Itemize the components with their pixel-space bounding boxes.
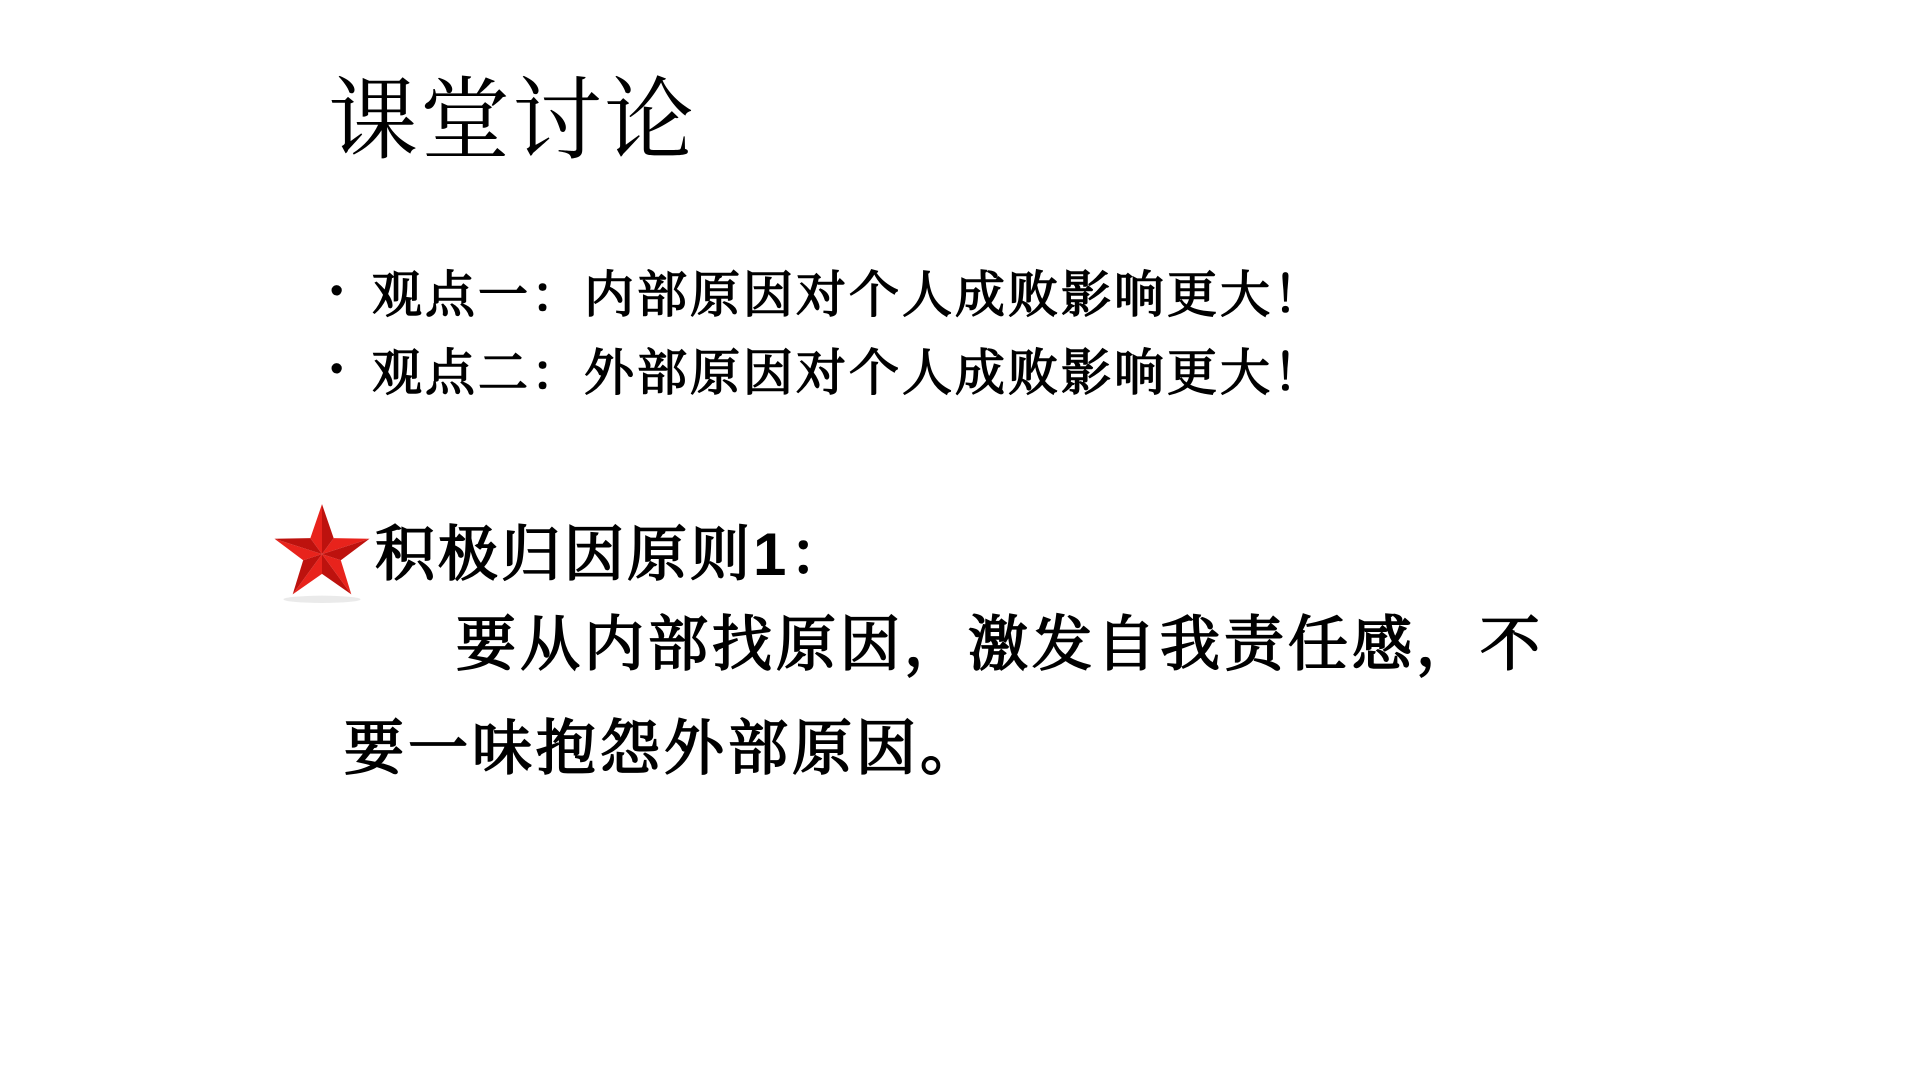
bullet-text-viewpoint-1: 观点一：内部原因对个人成败影响更大！ xyxy=(372,255,1326,327)
bullet-item: • 观点二：外部原因对个人成败影响更大！ xyxy=(330,330,1326,408)
bullet-dot-icon: • xyxy=(330,348,372,391)
red-star-svg xyxy=(270,500,374,604)
bullet-dot-icon: • xyxy=(330,270,372,313)
star-shadow xyxy=(284,596,361,603)
bullet-list: • 观点一：内部原因对个人成败影响更大！ • 观点二：外部原因对个人成败影响更大… xyxy=(330,252,1326,408)
bullet-item: • 观点一：内部原因对个人成败影响更大！ xyxy=(330,252,1326,330)
presentation-slide: 课堂讨论 • 观点一：内部原因对个人成败影响更大！ • 观点二：外部原因对个人成… xyxy=(0,0,1920,1080)
principle-body-line-1: 要从内部找原因，激发自我责任感，不 xyxy=(456,610,1544,679)
red-star-icon xyxy=(270,500,374,604)
principle-body-line-2: 要一味抱怨外部原因。 xyxy=(344,714,984,783)
principle-heading: 积极归因原则1： xyxy=(375,520,852,589)
bullet-text-viewpoint-2: 观点二：外部原因对个人成败影响更大！ xyxy=(372,333,1326,405)
slide-title: 课堂讨论 xyxy=(328,72,696,171)
